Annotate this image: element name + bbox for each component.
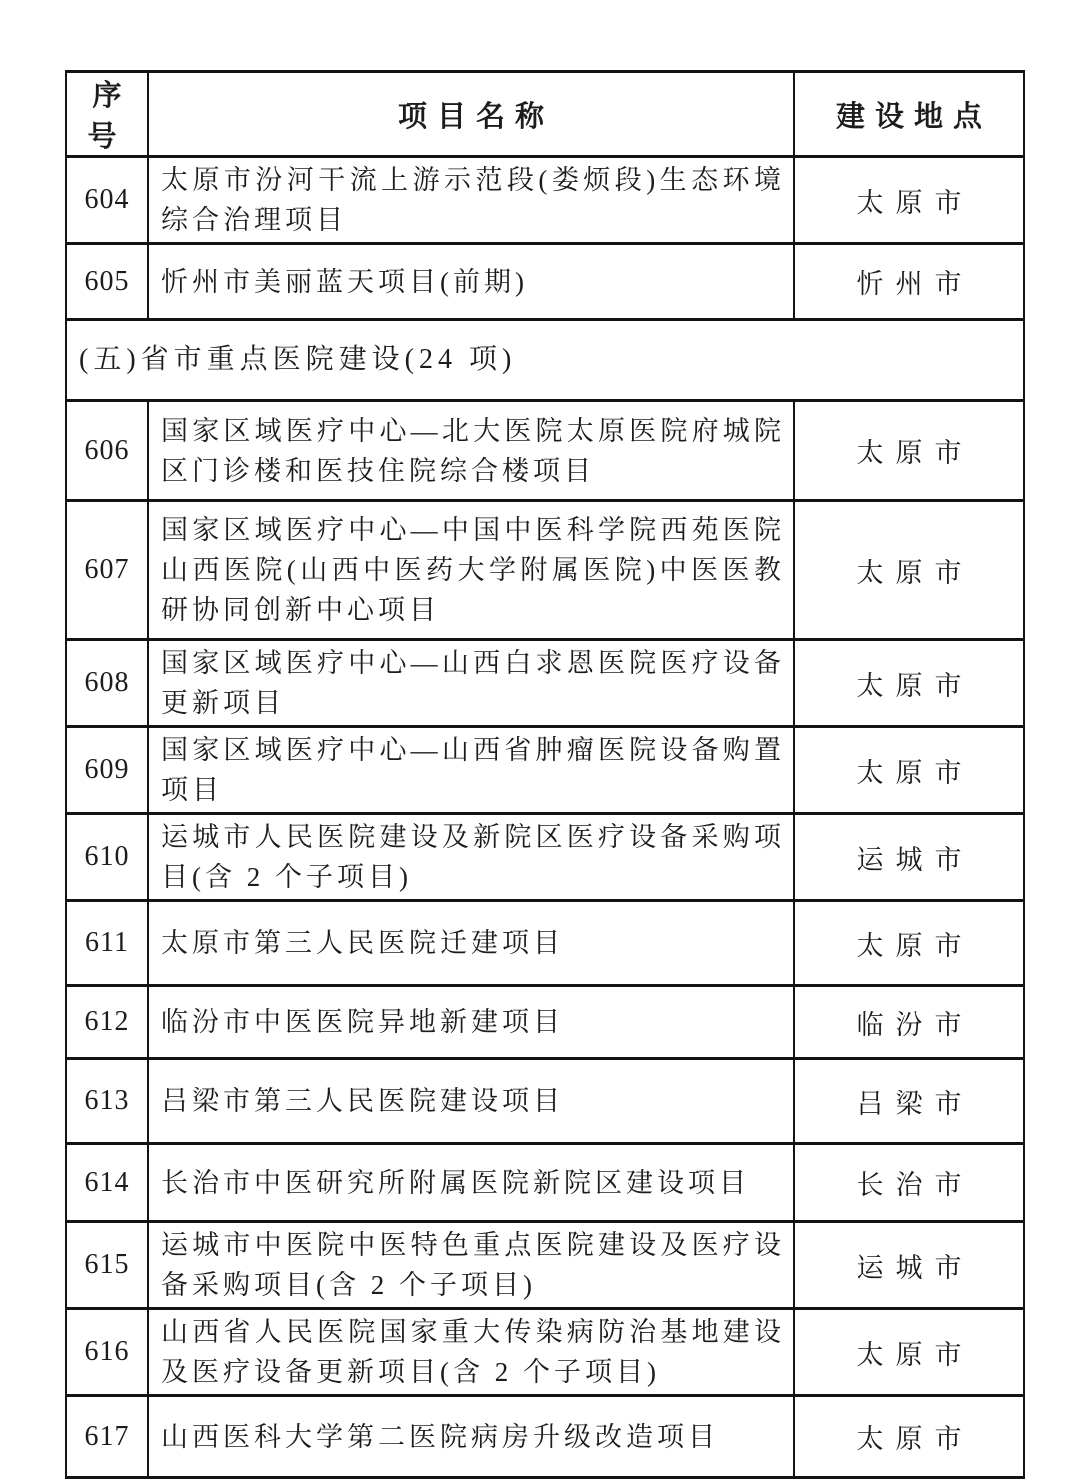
location-cell: 太原市 <box>794 727 1024 814</box>
table-row: 616山西省人民医院国家重大传染病防治基地建设及医疗设备更新项目(含 2 个子项… <box>66 1309 1024 1396</box>
table-header-row: 序号 项目名称 建设地点 <box>66 72 1024 157</box>
row-index-cell: 612 <box>66 986 148 1059</box>
location-cell: 太原市 <box>794 1396 1024 1478</box>
table-row: 610运城市人民医院建设及新院区医疗设备采购项目(含 2 个子项目)运城市 <box>66 814 1024 901</box>
row-index-cell: 615 <box>66 1222 148 1309</box>
location-cell: 太原市 <box>794 1309 1024 1396</box>
location-cell: 太原市 <box>794 640 1024 727</box>
table-row: 609国家区域医疗中心—山西省肿瘤医院设备购置项目太原市 <box>66 727 1024 814</box>
location-cell: 太原市 <box>794 401 1024 501</box>
table-row: 612临汾市中医医院异地新建项目临汾市 <box>66 986 1024 1059</box>
project-name-cell: 运城市人民医院建设及新院区医疗设备采购项目(含 2 个子项目) <box>148 814 794 901</box>
location-cell: 长治市 <box>794 1144 1024 1222</box>
row-index-cell: 617 <box>66 1396 148 1478</box>
column-header-index: 序号 <box>66 72 148 157</box>
row-index-cell: 609 <box>66 727 148 814</box>
row-index-cell: 610 <box>66 814 148 901</box>
table-row: 611太原市第三人民医院迁建项目太原市 <box>66 901 1024 986</box>
project-name-cell: 长治市中医研究所附属医院新院区建设项目 <box>148 1144 794 1222</box>
table-row: 605忻州市美丽蓝天项目(前期)忻州市 <box>66 244 1024 320</box>
table-row: 604太原市汾河干流上游示范段(娄烦段)生态环境综合治理项目太原市 <box>66 157 1024 244</box>
row-index-cell: 616 <box>66 1309 148 1396</box>
project-name-cell: 国家区域医疗中心—北大医院太原医院府城院区门诊楼和医技住院综合楼项目 <box>148 401 794 501</box>
location-cell: 忻州市 <box>794 244 1024 320</box>
row-index-cell: 613 <box>66 1059 148 1144</box>
section-header: (五)省市重点医院建设(24 项) <box>66 320 1024 401</box>
column-header-location: 建设地点 <box>794 72 1024 157</box>
column-header-name: 项目名称 <box>148 72 794 157</box>
row-index-cell: 611 <box>66 901 148 986</box>
location-cell: 运城市 <box>794 1222 1024 1309</box>
document-page: 序号 项目名称 建设地点 604太原市汾河干流上游示范段(娄烦段)生态环境综合治… <box>65 70 1025 1479</box>
row-index-cell: 604 <box>66 157 148 244</box>
location-cell: 临汾市 <box>794 986 1024 1059</box>
project-name-cell: 国家区域医疗中心—山西白求恩医院医疗设备更新项目 <box>148 640 794 727</box>
table-row: 607国家区域医疗中心—中国中医科学院西苑医院山西医院(山西中医药大学附属医院)… <box>66 501 1024 640</box>
table-row: 608国家区域医疗中心—山西白求恩医院医疗设备更新项目太原市 <box>66 640 1024 727</box>
location-cell: 太原市 <box>794 157 1024 244</box>
table-body: 604太原市汾河干流上游示范段(娄烦段)生态环境综合治理项目太原市605忻州市美… <box>66 157 1024 1478</box>
project-name-cell: 太原市第三人民医院迁建项目 <box>148 901 794 986</box>
project-name-cell: 忻州市美丽蓝天项目(前期) <box>148 244 794 320</box>
project-name-cell: 运城市中医院中医特色重点医院建设及医疗设备采购项目(含 2 个子项目) <box>148 1222 794 1309</box>
table-row: 606国家区域医疗中心—北大医院太原医院府城院区门诊楼和医技住院综合楼项目太原市 <box>66 401 1024 501</box>
project-name-cell: 国家区域医疗中心—中国中医科学院西苑医院山西医院(山西中医药大学附属医院)中医医… <box>148 501 794 640</box>
location-cell: 运城市 <box>794 814 1024 901</box>
location-cell: 吕梁市 <box>794 1059 1024 1144</box>
row-index-cell: 606 <box>66 401 148 501</box>
projects-table: 序号 项目名称 建设地点 604太原市汾河干流上游示范段(娄烦段)生态环境综合治… <box>65 70 1025 1479</box>
row-index-cell: 608 <box>66 640 148 727</box>
project-name-cell: 山西医科大学第二医院病房升级改造项目 <box>148 1396 794 1478</box>
row-index-cell: 607 <box>66 501 148 640</box>
section-header-row: (五)省市重点医院建设(24 项) <box>66 320 1024 401</box>
row-index-cell: 614 <box>66 1144 148 1222</box>
table-row: 614长治市中医研究所附属医院新院区建设项目长治市 <box>66 1144 1024 1222</box>
table-row: 613吕梁市第三人民医院建设项目吕梁市 <box>66 1059 1024 1144</box>
project-name-cell: 国家区域医疗中心—山西省肿瘤医院设备购置项目 <box>148 727 794 814</box>
location-cell: 太原市 <box>794 901 1024 986</box>
project-name-cell: 吕梁市第三人民医院建设项目 <box>148 1059 794 1144</box>
project-name-cell: 山西省人民医院国家重大传染病防治基地建设及医疗设备更新项目(含 2 个子项目) <box>148 1309 794 1396</box>
table-row: 617山西医科大学第二医院病房升级改造项目太原市 <box>66 1396 1024 1478</box>
project-name-cell: 太原市汾河干流上游示范段(娄烦段)生态环境综合治理项目 <box>148 157 794 244</box>
table-row: 615运城市中医院中医特色重点医院建设及医疗设备采购项目(含 2 个子项目)运城… <box>66 1222 1024 1309</box>
row-index-cell: 605 <box>66 244 148 320</box>
project-name-cell: 临汾市中医医院异地新建项目 <box>148 986 794 1059</box>
location-cell: 太原市 <box>794 501 1024 640</box>
